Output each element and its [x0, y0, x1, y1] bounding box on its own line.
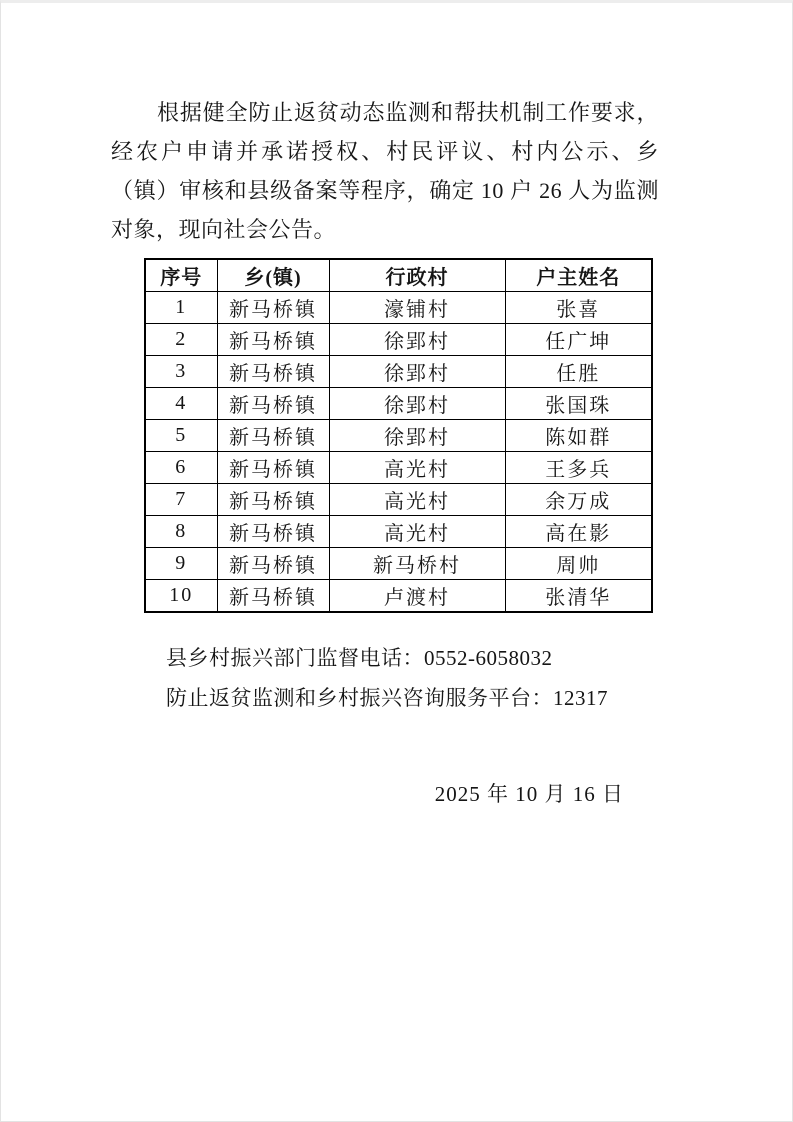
table-cell: 新马桥镇	[217, 580, 329, 613]
table-cell: 5	[145, 420, 217, 452]
table-cell: 9	[145, 548, 217, 580]
table-cell: 8	[145, 516, 217, 548]
table-cell: 高光村	[329, 516, 505, 548]
column-header: 乡(镇)	[217, 259, 329, 292]
table-row: 6新马桥镇高光村王多兵	[145, 452, 652, 484]
table-cell: 新马桥镇	[217, 356, 329, 388]
table-cell: 周帅	[505, 548, 652, 580]
table-cell: 3	[145, 356, 217, 388]
table-row: 2新马桥镇徐郢村任广坤	[145, 324, 652, 356]
table-cell: 高光村	[329, 484, 505, 516]
table-cell: 新马桥镇	[217, 516, 329, 548]
table-row: 9新马桥镇新马桥村周帅	[145, 548, 652, 580]
table-row: 10新马桥镇卢渡村张清华	[145, 580, 652, 613]
table-cell: 新马桥镇	[217, 388, 329, 420]
document-page: 根据健全防止返贫动态监测和帮扶机制工作要求，经农户申请并承诺授权、村民评议、村内…	[0, 0, 793, 1122]
table-cell: 徐郢村	[329, 356, 505, 388]
table-head: 序号乡(镇)行政村户主姓名	[145, 259, 652, 292]
table-cell: 高光村	[329, 452, 505, 484]
table-cell: 高在影	[505, 516, 652, 548]
table-cell: 新马桥镇	[217, 484, 329, 516]
table-row: 1新马桥镇濠铺村张喜	[145, 292, 652, 324]
table-body: 1新马桥镇濠铺村张喜2新马桥镇徐郢村任广坤3新马桥镇徐郢村任胜4新马桥镇徐郢村张…	[145, 292, 652, 613]
table-cell: 新马桥镇	[217, 324, 329, 356]
table-cell: 王多兵	[505, 452, 652, 484]
table-cell: 2	[145, 324, 217, 356]
table-cell: 卢渡村	[329, 580, 505, 613]
table-cell: 6	[145, 452, 217, 484]
service-platform-line: 防止返贫监测和乡村振兴咨询服务平台：12317	[166, 678, 659, 718]
announcement-date: 2025 年 10 月 16 日	[111, 778, 624, 808]
table-header-row: 序号乡(镇)行政村户主姓名	[145, 259, 652, 292]
table-row: 5新马桥镇徐郢村陈如群	[145, 420, 652, 452]
table-cell: 新马桥镇	[217, 548, 329, 580]
monitoring-objects-table: 序号乡(镇)行政村户主姓名 1新马桥镇濠铺村张喜2新马桥镇徐郢村任广坤3新马桥镇…	[144, 258, 653, 613]
supervision-phone-line: 县乡村振兴部门监督电话：0552-6058032	[166, 638, 659, 678]
table-cell: 1	[145, 292, 217, 324]
table-cell: 新马桥村	[329, 548, 505, 580]
intro-paragraph: 根据健全防止返贫动态监测和帮扶机制工作要求，经农户申请并承诺授权、村民评议、村内…	[111, 93, 659, 249]
table-cell: 张喜	[505, 292, 652, 324]
table-cell: 10	[145, 580, 217, 613]
column-header: 行政村	[329, 259, 505, 292]
table-cell: 陈如群	[505, 420, 652, 452]
column-header: 序号	[145, 259, 217, 292]
table-cell: 新马桥镇	[217, 292, 329, 324]
table-cell: 新马桥镇	[217, 420, 329, 452]
table-cell: 任广坤	[505, 324, 652, 356]
table-row: 4新马桥镇徐郢村张国珠	[145, 388, 652, 420]
table-cell: 徐郢村	[329, 388, 505, 420]
table-cell: 4	[145, 388, 217, 420]
table-cell: 任胜	[505, 356, 652, 388]
column-header: 户主姓名	[505, 259, 652, 292]
table-row: 3新马桥镇徐郢村任胜	[145, 356, 652, 388]
table-cell: 张清华	[505, 580, 652, 613]
table-row: 8新马桥镇高光村高在影	[145, 516, 652, 548]
contact-block: 县乡村振兴部门监督电话：0552-6058032 防止返贫监测和乡村振兴咨询服务…	[166, 638, 659, 718]
table-cell: 濠铺村	[329, 292, 505, 324]
table-row: 7新马桥镇高光村余万成	[145, 484, 652, 516]
document-content: 根据健全防止返贫动态监测和帮扶机制工作要求，经农户申请并承诺授权、村民评议、村内…	[111, 93, 659, 808]
table-cell: 徐郢村	[329, 420, 505, 452]
table-cell: 余万成	[505, 484, 652, 516]
table-cell: 徐郢村	[329, 324, 505, 356]
table-cell: 张国珠	[505, 388, 652, 420]
table-cell: 7	[145, 484, 217, 516]
table-cell: 新马桥镇	[217, 452, 329, 484]
